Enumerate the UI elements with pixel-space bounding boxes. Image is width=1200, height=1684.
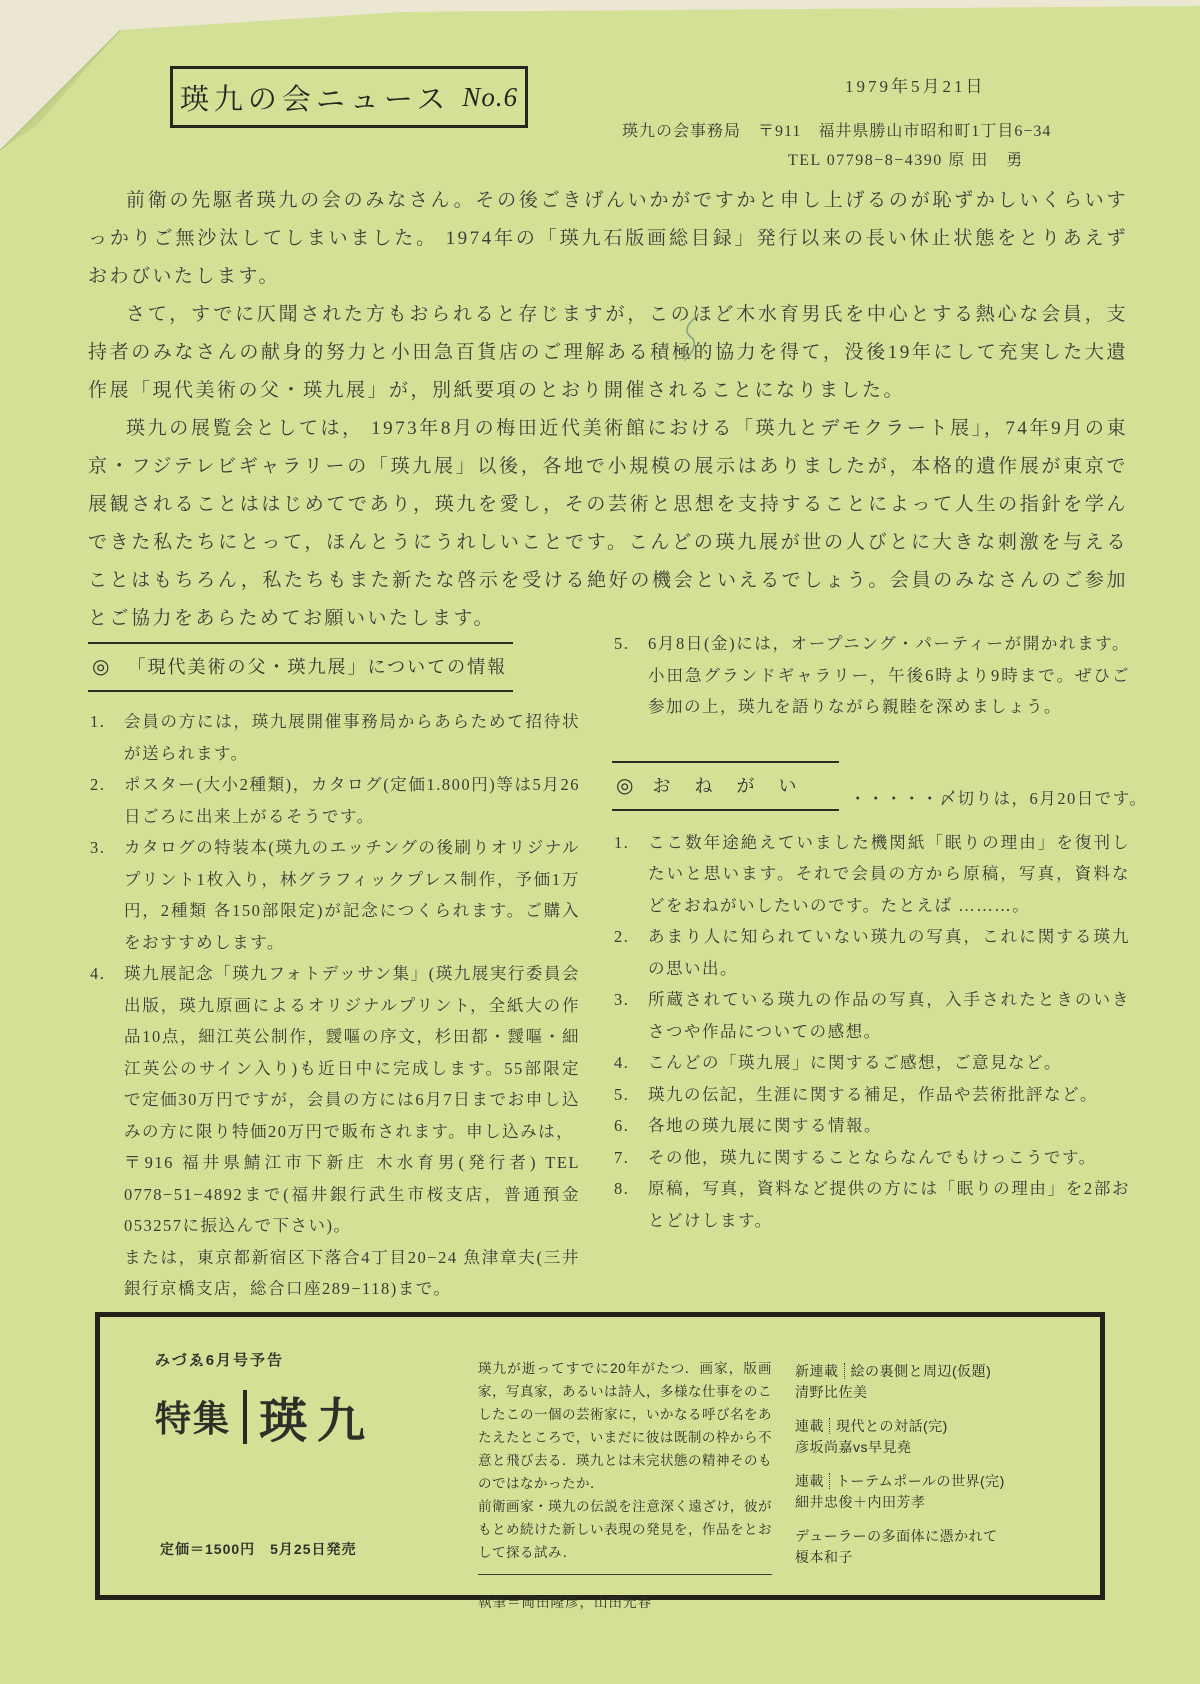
toc-entry: 連載トーテムポールの世界(完) 細井忠俊＋内田芳孝	[795, 1471, 1085, 1513]
masthead: 瑛九の会ニュース No.6	[170, 66, 528, 128]
toc-author: 細井忠俊＋内田芳孝	[795, 1492, 1085, 1513]
toc-author: 彦坂尚嘉vs早見堯	[795, 1437, 1085, 1458]
paragraph: さて，すでに仄聞された方もおられると存じますが，このほど木水育男氏を中心とする熱…	[88, 296, 1128, 410]
item-text: こんどの「瑛九展」に関するご感想，ご意見など。	[648, 1047, 1130, 1079]
request-list-item: 3. 所蔵されている瑛九の作品の写真，入手されたときのいきさつや作品についての感…	[612, 984, 1130, 1047]
request-list-item: 1. ここ数年途絶えていました機関紙「眠りの理由」を復刊したいと思います。それで…	[612, 827, 1130, 922]
info-section: ◎「現代美術の父・瑛九展」についての情報 1. 会員の方には，瑛九展開催事務局か…	[88, 642, 580, 1305]
info-list-item: 5. 6月8日(金)には，オープニング・パーティーが開かれます。小田急グランドギ…	[612, 628, 1130, 723]
handwritten-squiggle-mark	[680, 316, 702, 362]
item-number: 2.	[88, 769, 124, 832]
newsletter-page: 瑛九の会ニュース No.6 1979年5月21日 瑛九の会事務局 〒911 福井…	[0, 0, 1200, 1684]
double-circle-mark: ◎	[616, 775, 636, 797]
deadline-note: ・・・・・〆切りは，6月20日です。	[849, 785, 1147, 811]
magazine-lead-text: 瑛九が逝ってすでに20年がたつ．画家，版画家，写真家，あるいは詩人，多様な仕事を…	[478, 1357, 772, 1564]
info-section-heading: ◎「現代美術の父・瑛九展」についての情報	[88, 642, 513, 692]
authors-divider-rule	[478, 1574, 772, 1575]
info-list-right: 5. 6月8日(金)には，オープニング・パーティーが開かれます。小田急グランドギ…	[612, 628, 1130, 723]
info-list-item: 2. ポスター(大小2種類)，カタログ(定価1.800円)等は5月26日ごろに出…	[88, 769, 580, 832]
item-number: 4.	[612, 1047, 648, 1079]
item-number: 5.	[612, 628, 648, 723]
toc-entry: 連載現代との対話(完) 彦坂尚嘉vs早見堯	[795, 1416, 1085, 1458]
item-text: あまり人に知られていない瑛九の写真，これに関する瑛九の思い出。	[648, 921, 1130, 984]
double-circle-mark: ◎	[92, 656, 111, 678]
request-list-item: 4. こんどの「瑛九展」に関するご感想，ご意見など。	[612, 1047, 1130, 1079]
feature-prefix: 特集	[155, 1391, 231, 1442]
request-list-item: 2. あまり人に知られていない瑛九の写真，これに関する瑛九の思い出。	[612, 921, 1130, 984]
magazine-preview-box: みづゑ6月号予告 特集 瑛九 定価＝1500円 5月25日発売 瑛九が逝ってすで…	[95, 1312, 1105, 1600]
request-section-header: ◎お ね が い ・・・・・〆切りは，6月20日です。	[612, 761, 1130, 811]
toc-title: デューラーの多面体に憑かれて	[795, 1528, 998, 1544]
item-number: 1.	[88, 706, 124, 769]
item-number: 6.	[612, 1110, 648, 1142]
feature-divider-bar	[243, 1390, 247, 1444]
item-text: その他，瑛九に関することならなんでもけっこうです。	[648, 1142, 1130, 1174]
toc-series-label: 連載	[795, 1418, 830, 1434]
item-text: 6月8日(金)には，オープニング・パーティーが開かれます。小田急グランドギャラリ…	[648, 628, 1130, 723]
item-text: 原稿，写真，資料など提供の方には「眠りの理由」を2部おとどけします。	[648, 1173, 1130, 1236]
masthead-title: 瑛九の会ニュース	[180, 77, 451, 118]
toc-title: 現代との対話(完)	[836, 1418, 948, 1434]
info-list-item: 3. カタログの特装本(瑛九のエッチングの後刷りオリジナルプリント1枚入り，林グ…	[88, 832, 580, 958]
magazine-authors-line: 執筆＝岡田隆彦，山田光春	[478, 1591, 772, 1611]
magazine-lead-block: 瑛九が逝ってすでに20年がたつ．画家，版画家，写真家，あるいは詩人，多様な仕事を…	[478, 1357, 772, 1611]
item-number: 3.	[88, 832, 124, 958]
feature-heading: 特集 瑛九	[155, 1382, 375, 1451]
info-list-left: 1. 会員の方には，瑛九展開催事務局からあらためて招待状が送られます。 2. ポ…	[88, 706, 580, 1305]
info-heading-text: 「現代美術の父・瑛九展」についての情報	[127, 657, 507, 677]
item-text: 所蔵されている瑛九の作品の写真，入手されたときのいきさつや作品についての感想。	[648, 984, 1130, 1047]
item-number: 2.	[612, 921, 648, 984]
info-list-item: 1. 会員の方には，瑛九展開催事務局からあらためて招待状が送られます。	[88, 706, 580, 769]
item-text: 瑛九の伝記，生涯に関する補足，作品や芸術批評など。	[648, 1079, 1130, 1111]
toc-author: 榎本和子	[795, 1547, 1085, 1568]
body-paragraphs: 前衛の先駆者瑛九の会のみなさん。その後ごきげんいかがですかと申し上げるのが恥ずか…	[88, 182, 1128, 638]
item-number: 5.	[612, 1079, 648, 1111]
request-heading-text: お ね が い	[652, 776, 799, 796]
item-text: カタログの特装本(瑛九のエッチングの後刷りオリジナルプリント1枚入り，林グラフィ…	[124, 832, 580, 958]
request-section-heading: ◎お ね が い	[612, 761, 839, 811]
item-text: ここ数年途絶えていました機関紙「眠りの理由」を復刊したいと思います。それで会員の…	[648, 827, 1130, 922]
feature-title: 瑛九	[259, 1382, 375, 1451]
magazine-toc: 新連載絵の裏側と周辺(仮題) 清野比佐美 連載現代との対話(完) 彦坂尚嘉vs早…	[795, 1361, 1085, 1581]
toc-series-label: 新連載	[795, 1363, 845, 1379]
request-list-item: 7. その他，瑛九に関することならなんでもけっこうです。	[612, 1142, 1130, 1174]
toc-entry: デューラーの多面体に憑かれて 榎本和子	[795, 1526, 1085, 1568]
paragraph: 瑛九の展覧会としては， 1973年8月の梅田近代美術館における「瑛九とデモクラー…	[88, 410, 1128, 638]
request-list: 1. ここ数年途絶えていました機関紙「眠りの理由」を復刊したいと思います。それで…	[612, 827, 1130, 1237]
item-number: 4.	[88, 958, 124, 1305]
item-number: 7.	[612, 1142, 648, 1174]
price-line: 定価＝1500円 5月25日発売	[160, 1539, 357, 1559]
folded-corner	[0, 0, 130, 160]
office-address: 瑛九の会事務局 〒911 福井県勝山市昭和町1丁目6−34	[622, 118, 1051, 141]
magazine-preview-label: みづゑ6月号予告	[155, 1349, 375, 1370]
toc-entry: 新連載絵の裏側と周辺(仮題) 清野比佐美	[795, 1361, 1085, 1403]
info-list-item: 4. 瑛九展記念「瑛九フォトデッサン集」(瑛九展実行委員会出版，瑛九原画によるオ…	[88, 958, 580, 1305]
request-list-item: 8. 原稿，写真，資料など提供の方には「眠りの理由」を2部おとどけします。	[612, 1173, 1130, 1236]
issue-date: 1979年5月21日	[845, 72, 986, 97]
masthead-issue-number: No.6	[462, 82, 518, 113]
item-number: 3.	[612, 984, 648, 1047]
item-text: 瑛九展記念「瑛九フォトデッサン集」(瑛九展実行委員会出版，瑛九原画によるオリジナ…	[124, 958, 580, 1305]
request-list-item: 6. 各地の瑛九展に関する情報。	[612, 1110, 1130, 1142]
toc-author: 清野比佐美	[795, 1382, 1085, 1403]
item-text: 各地の瑛九展に関する情報。	[648, 1110, 1130, 1142]
magazine-feature-block: みづゑ6月号予告 特集 瑛九	[155, 1349, 375, 1451]
request-list-item: 5. 瑛九の伝記，生涯に関する補足，作品や芸術批評など。	[612, 1079, 1130, 1111]
right-column: 5. 6月8日(金)には，オープニング・パーティーが開かれます。小田急グランドギ…	[612, 628, 1130, 1236]
item-number: 8.	[612, 1173, 648, 1236]
item-number: 1.	[612, 827, 648, 922]
paragraph: 前衛の先駆者瑛九の会のみなさん。その後ごきげんいかがですかと申し上げるのが恥ずか…	[88, 182, 1128, 296]
toc-title: 絵の裏側と周辺(仮題)	[851, 1363, 992, 1379]
toc-title: トーテムポールの世界(完)	[836, 1473, 1005, 1489]
item-text: 会員の方には，瑛九展開催事務局からあらためて招待状が送られます。	[124, 706, 580, 769]
tel-line: TEL 07798−8−4390 原 田 勇	[788, 147, 1024, 170]
item-text: ポスター(大小2種類)，カタログ(定価1.800円)等は5月26日ごろに出来上が…	[124, 769, 580, 832]
toc-series-label: 連載	[795, 1473, 830, 1489]
